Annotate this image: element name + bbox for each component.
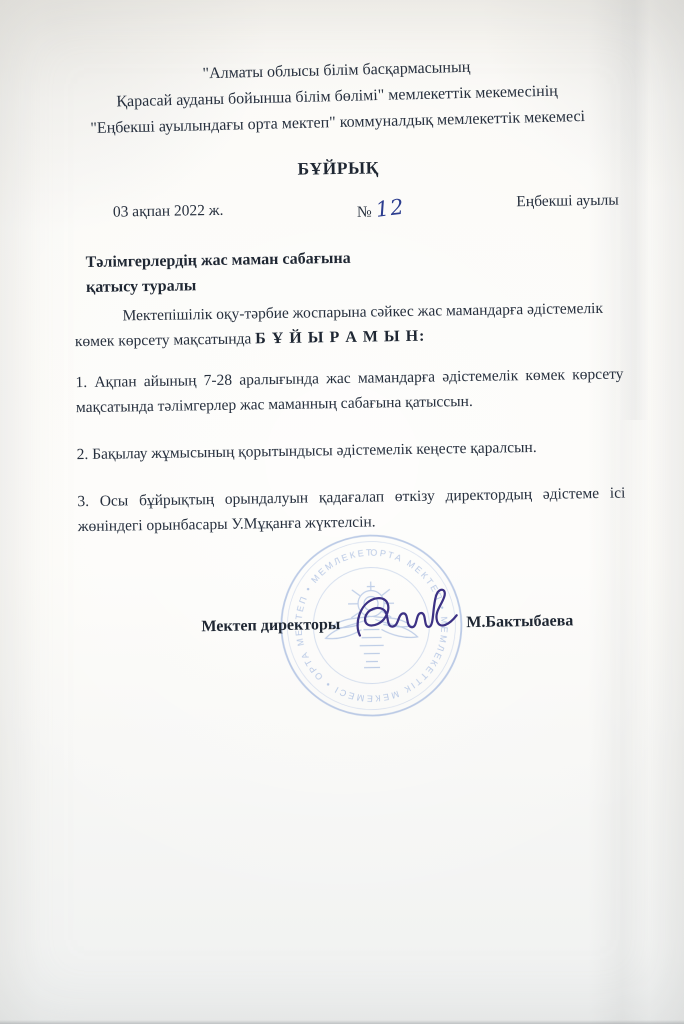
organization-header: "Алматы облысы білім басқармасының Қарас… [24, 50, 650, 143]
handwritten-document-number: 12 [374, 195, 405, 222]
number-sign: № [357, 204, 372, 221]
order-item-2: 2. Бақылау жұмысының қорытындысы әдістем… [76, 434, 624, 468]
signature-block: Мектеп директоры М.Бактыбаева [201, 592, 574, 656]
order-body: Мектепішілік оқу-тәрбие жоспарына сәйкес… [74, 296, 626, 540]
signer-name: М.Бактыбаева [466, 612, 573, 632]
date-number-place-row: 03 ақпан 2022 ж. № 12 Еңбекші ауылы [0, 191, 681, 236]
document-number: № 12 [357, 197, 405, 222]
document-content: "Алматы облысы білім басқармасының Қарас… [0, 0, 684, 1024]
subject-line-1: Тәлімгерлердің жас маман сабағына [85, 246, 350, 275]
preamble-paragraph: Мектепішілік оқу-тәрбие жоспарына сәйкес… [74, 296, 623, 355]
document-title: БҰЙРЫҚ [0, 153, 680, 185]
document-place: Еңбекші ауылы [516, 192, 619, 212]
scanned-document-page: "Алматы облысы білім басқармасының Қарас… [0, 0, 684, 1024]
order-verb-emphasis: Б Ұ Й Ы Р А М Ы Н: [255, 328, 425, 348]
handwritten-signature [350, 580, 463, 654]
subject-line-2: қатысу туралы [86, 271, 351, 300]
order-subject: Тәлімгерлердің жас маман сабағына қатысу… [85, 246, 351, 300]
document-date: 03 ақпан 2022 ж. [113, 202, 224, 222]
order-item-1: 1. Ақпан айының 7-28 аралығында жас мама… [75, 362, 624, 421]
signer-role: Мектеп директоры [201, 616, 340, 636]
